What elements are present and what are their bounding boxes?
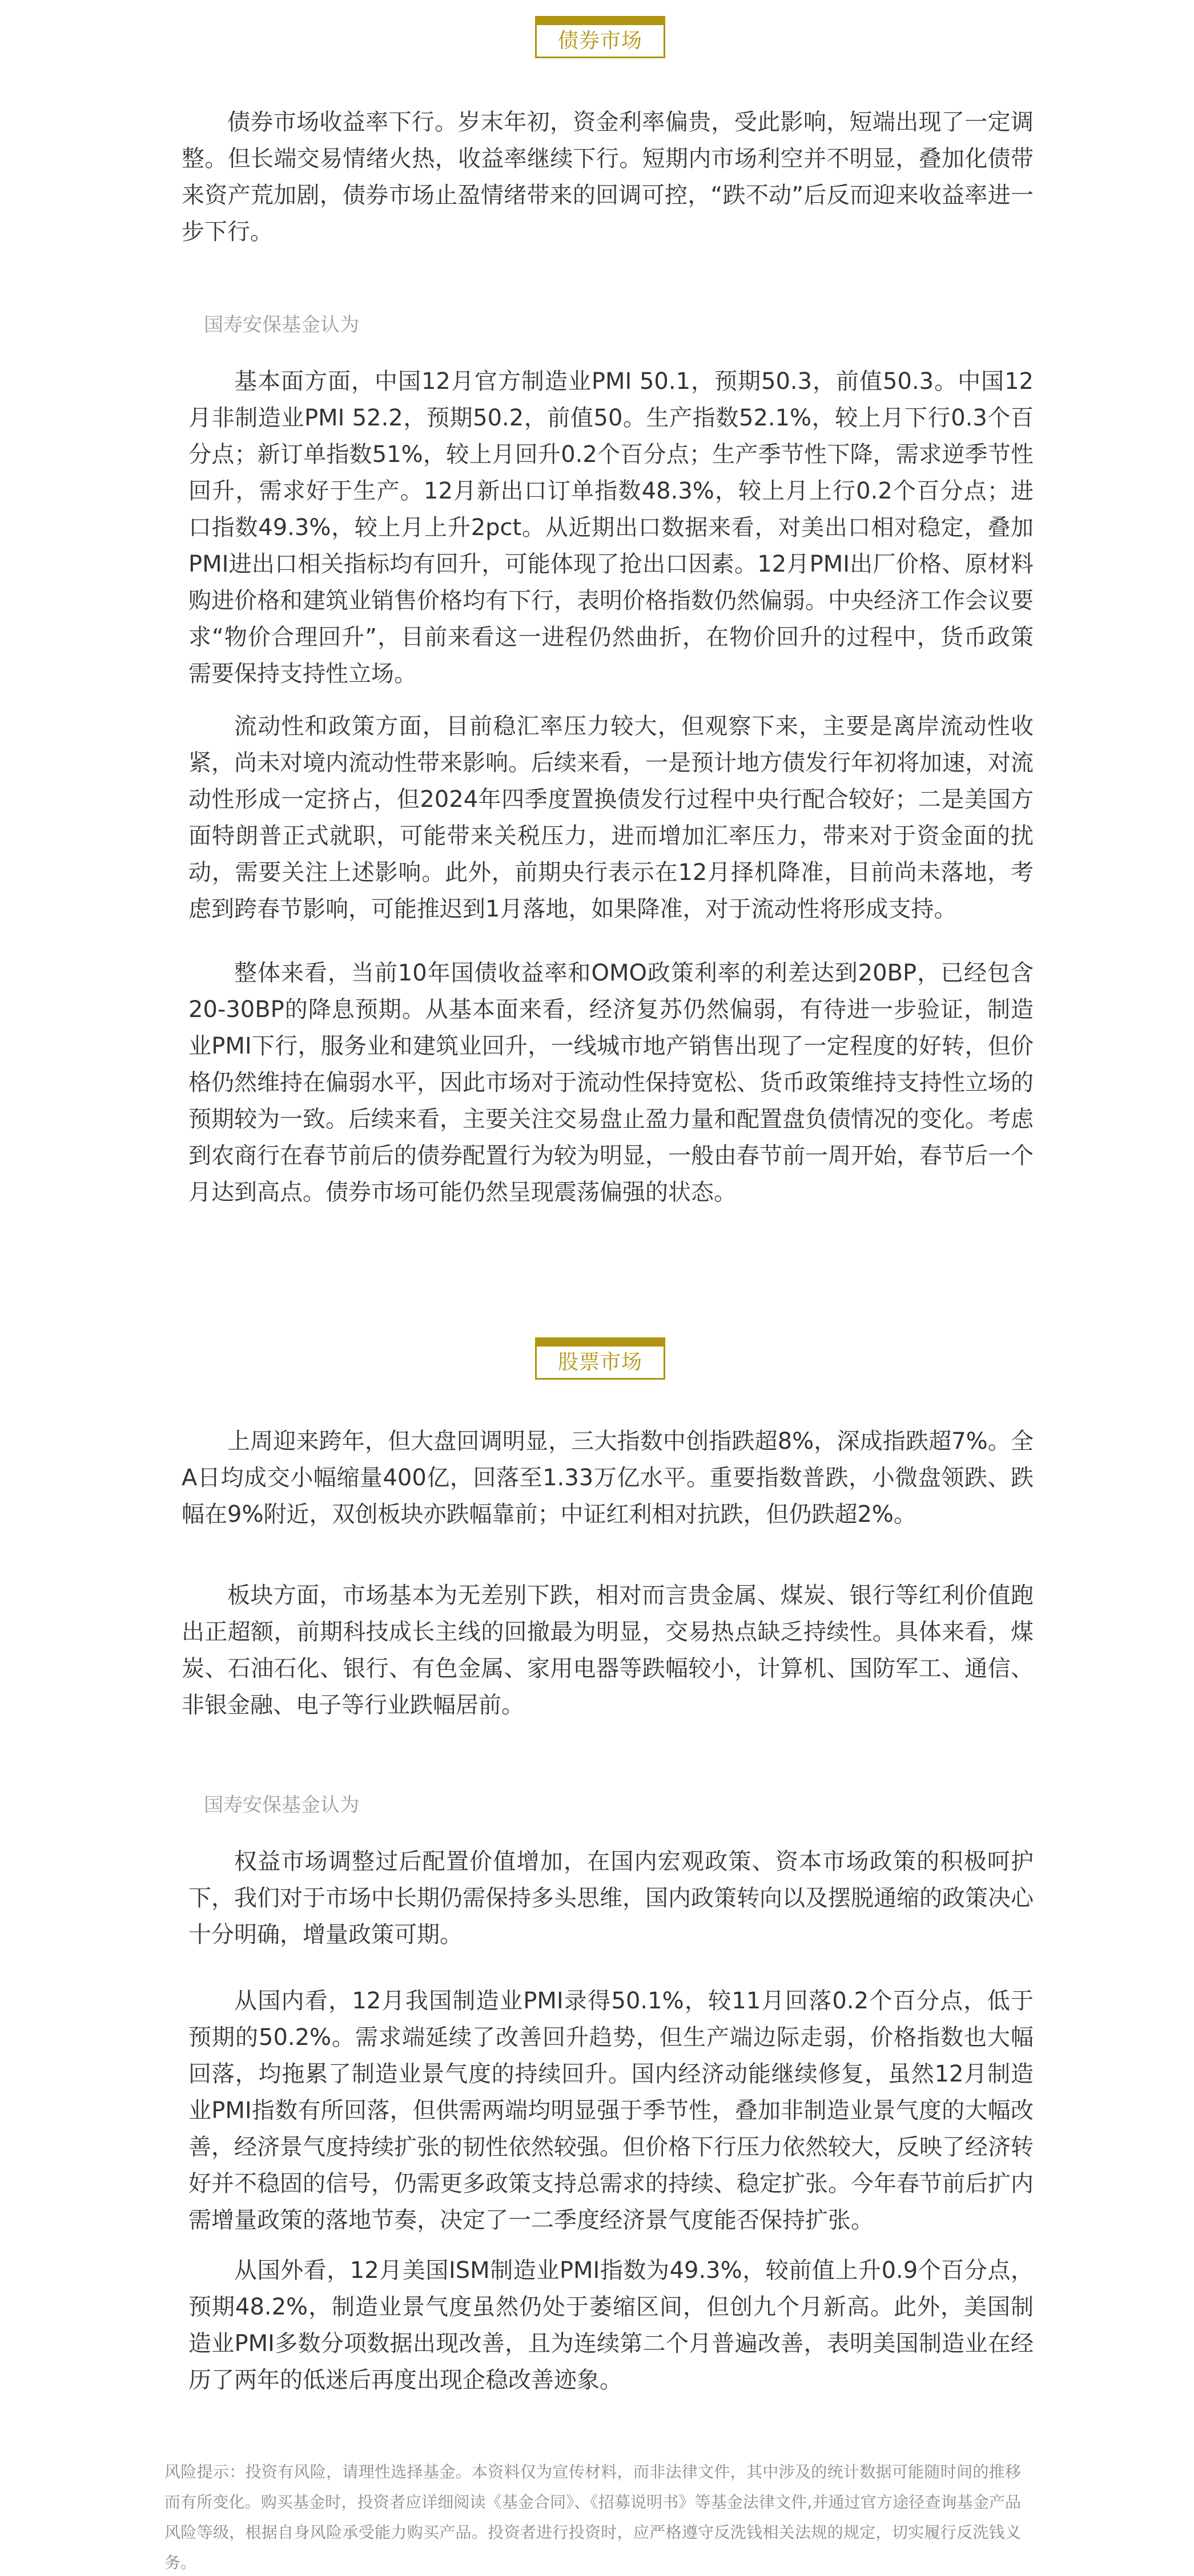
bond-intro-paragraph: 债券市场收益率下行。岁末年初，资金利率偏贵，受此影响，短端出现了一定调整。但长端… [182,104,1034,250]
bond-market-header: 债券市场 [535,16,665,58]
stock-paragraph-equity-view: 权益市场调整过后配置价值增加，在国内宏观政策、资本市场政策的积极呵护下，我们对于… [188,1843,1034,1953]
stock-intro-paragraph-1: 上周迎来跨年，但大盘回调明显，三大指数中创指跌超8%，深成指跌超7%。全A日均成… [182,1423,1034,1533]
bond-paragraph-liquidity: 流动性和政策方面，目前稳汇率压力较大，但观察下来，主要是离岸流动性收紧，尚未对境… [188,708,1034,927]
stock-market-title: 股票市场 [558,1352,642,1373]
risk-disclaimer: 风险提示：投资有风险，请理性选择基金。本资料仅为宣传材料，而非法律文件，其中涉及… [164,2457,1021,2576]
stock-market-header: 股票市场 [535,1337,665,1380]
bond-opinion-label: 国寿安保基金认为 [204,315,359,335]
bond-paragraph-fundamentals: 基本面方面，中国12月官方制造业PMI 50.1，预期50.3，前值50.3。中… [188,363,1034,692]
stock-paragraph-overseas: 从国外看，12月美国ISM制造业PMI指数为49.3%，较前值上升0.9个百分点… [188,2252,1034,2398]
stock-paragraph-domestic: 从国内看，12月我国制造业PMI录得50.1%，较11月回落0.2个百分点，低于… [188,1983,1034,2239]
stock-opinion-label: 国寿安保基金认为 [204,1795,359,1815]
bond-market-title: 债券市场 [558,31,642,51]
bond-paragraph-overall: 整体来看，当前10年国债收益率和OMO政策利率的利差达到20BP，已经包含20-… [188,955,1034,1211]
stock-intro-paragraph-2: 板块方面，市场基本为无差别下跌，相对而言贵金属、煤炭、银行等红利价值跑出正超额，… [182,1577,1034,1723]
